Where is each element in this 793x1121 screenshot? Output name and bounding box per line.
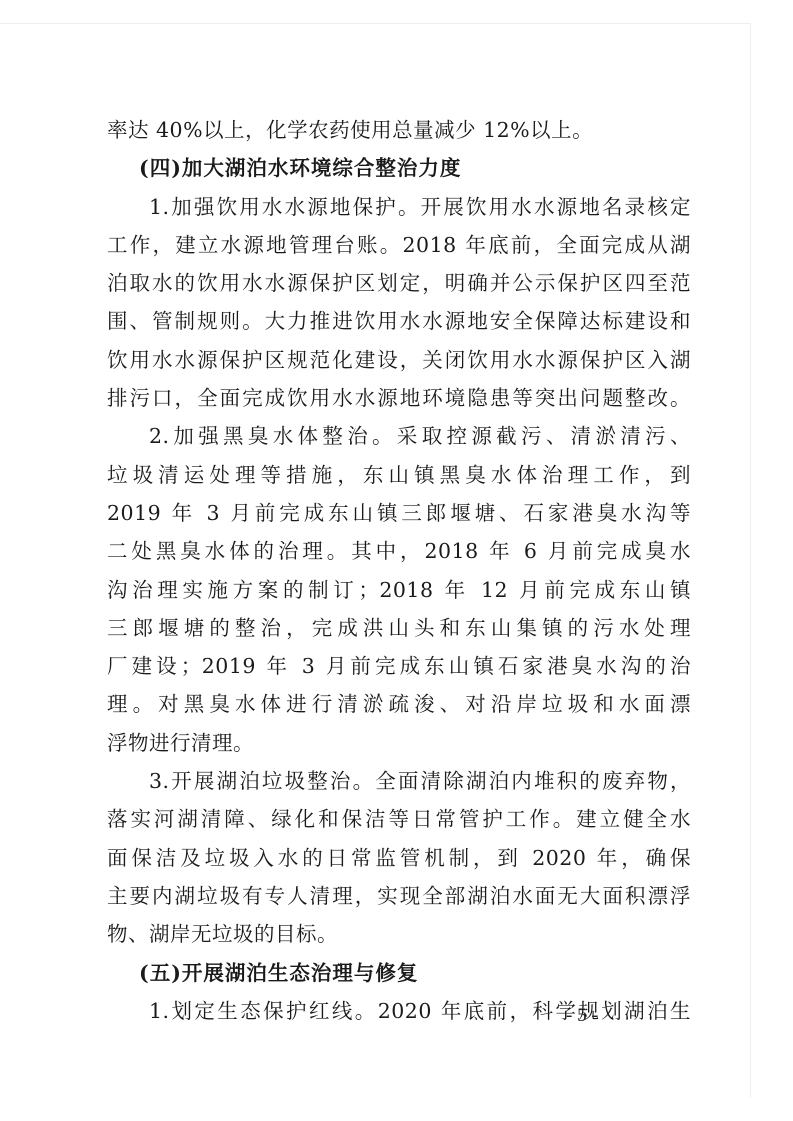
page-number: - 5 - <box>566 1005 598 1027</box>
text-line: 1.加强饮用水水源地保护。开展饮用水水源地名录核定 <box>107 188 691 226</box>
document-page: 率达 40%以上，化学农药使用总量减少 12%以上。(四)加大湖泊水环境综合整治… <box>107 111 691 1030</box>
text-line: 排污口，全面完成饮用水水源地环境隐患等突出问题整改。 <box>107 379 691 417</box>
text-line: 围、管制规则。大力推进饮用水水源地安全保障达标建设和 <box>107 302 691 340</box>
text-line: 2.加强黑臭水体整治。采取控源截污、清淤清污、 <box>107 417 691 455</box>
text-line: 工作，建立水源地管理台账。2018 年底前，全面完成从湖 <box>107 226 691 264</box>
section-heading: (四)加大湖泊水环境综合整治力度 <box>107 149 691 187</box>
text-line: 垃圾清运处理等措施，东山镇黑臭水体治理工作，到 <box>107 456 691 494</box>
text-line: 物、湖岸无垃圾的目标。 <box>107 915 691 953</box>
text-line: 浮物进行清理。 <box>107 724 691 762</box>
text-line: 厂建设；2019 年 3 月前完成东山镇石家港臭水沟的治 <box>107 647 691 685</box>
text-line: 3.开展湖泊垃圾整治。全面清除湖泊内堆积的废弃物， <box>107 762 691 800</box>
text-line: 率达 40%以上，化学农药使用总量减少 12%以上。 <box>107 111 691 149</box>
section-heading: (五)开展湖泊生态治理与修复 <box>107 954 691 992</box>
text-line: 三郎堰塘的整治，完成洪山头和东山集镇的污水处理 <box>107 609 691 647</box>
text-line: 面保洁及垃圾入水的日常监管机制，到 2020 年，确保 <box>107 839 691 877</box>
text-line: 理。对黑臭水体进行清淤疏浚、对沿岸垃圾和水面漂 <box>107 685 691 723</box>
text-line: 沟治理实施方案的制订；2018 年 12 月前完成东山镇 <box>107 571 691 609</box>
scan-edge-top <box>0 23 750 24</box>
text-line: 主要内湖垃圾有专人清理，实现全部湖泊水面无大面积漂浮 <box>107 877 691 915</box>
text-line: 二处黑臭水体的治理。其中，2018 年 6 月前完成臭水 <box>107 532 691 570</box>
text-line: 1.划定生态保护红线。2020 年底前，科学规划湖泊生 <box>107 992 691 1030</box>
text-line: 2019 年 3 月前完成东山镇三郎堰塘、石家港臭水沟等 <box>107 494 691 532</box>
scan-edge-right <box>750 23 751 1098</box>
text-line: 饮用水水源保护区规范化建设，关闭饮用水水源保护区入湖 <box>107 341 691 379</box>
text-line: 泊取水的饮用水水源保护区划定，明确并公示保护区四至范 <box>107 264 691 302</box>
text-line: 落实河湖清障、绿化和保洁等日常管护工作。建立健全水 <box>107 800 691 838</box>
